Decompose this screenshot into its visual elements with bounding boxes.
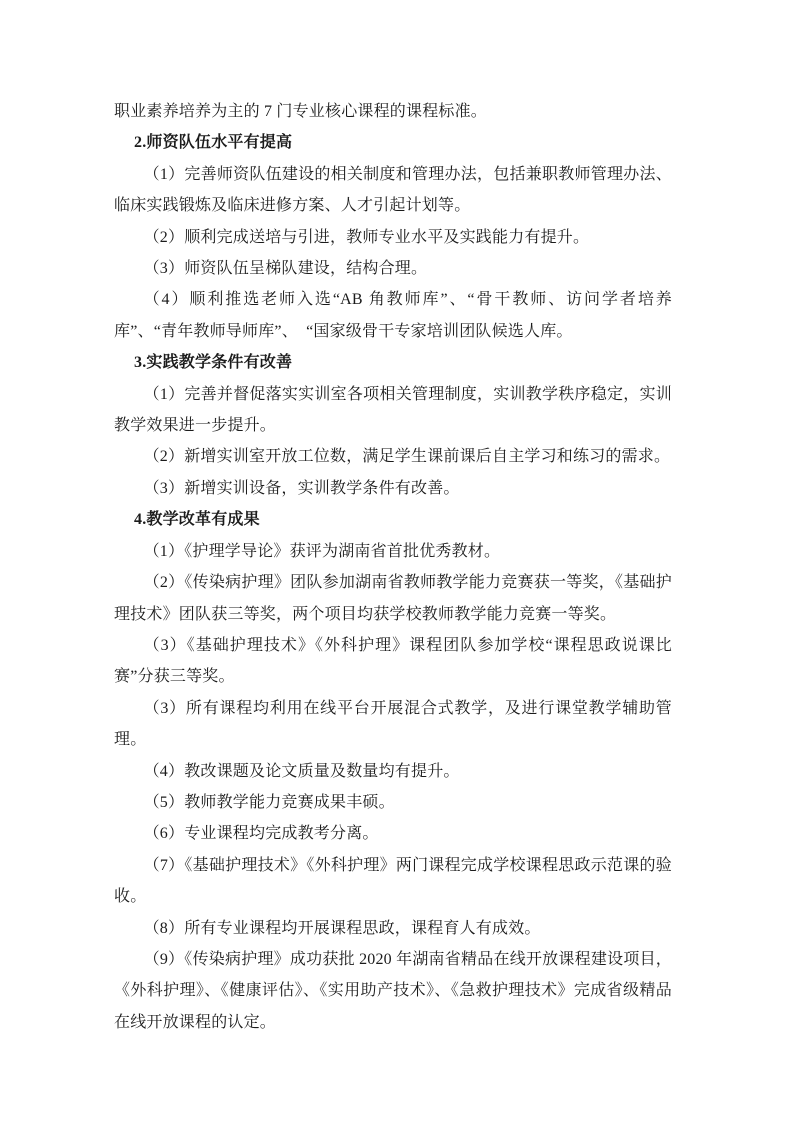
section-4-item-9: （9）《传染病护理》成功获批 2020 年湖南省精品在线开放课程建设项目，《外科…: [114, 944, 672, 1038]
document-page: 职业素养培养为主的 7 门专业核心课程的课程标准。 2.师资队伍水平有提高 （1…: [0, 0, 793, 1122]
section-4-item-2: （2）《传染病护理》团队参加湖南省教师教学能力竞赛获一等奖，《基础护理技术》团队…: [114, 567, 672, 630]
continued-paragraph: 职业素养培养为主的 7 门专业核心课程的课程标准。: [114, 96, 672, 127]
section-2-item-3: （3）师资队伍呈梯队建设，结构合理。: [114, 253, 672, 284]
section-4-heading: 4.教学改革有成果: [114, 504, 672, 535]
section-3-item-2: （2）新增实训室开放工位数，满足学生课前课后自主学习和练习的需求。: [114, 441, 672, 472]
section-3-item-3: （3）新增实训设备，实训教学条件有改善。: [114, 473, 672, 504]
section-2-heading: 2.师资队伍水平有提高: [114, 127, 672, 158]
section-4-item-4: （4）教改课题及论文质量及数量均有提升。: [114, 756, 672, 787]
section-2-item-2: （2）顺利完成送培与引进，教师专业水平及实践能力有提升。: [114, 222, 672, 253]
section-3-item-1: （1）完善并督促落实实训室各项相关管理制度，实训教学秩序稳定，实训教学效果进一步…: [114, 379, 672, 442]
section-4-item-3b: （3）所有课程均利用在线平台开展混合式教学，及进行课堂教学辅助管理。: [114, 693, 672, 756]
section-2-item-1: （1）完善师资队伍建设的相关制度和管理办法，包括兼职教师管理办法、临床实践锻炼及…: [114, 159, 672, 222]
section-4-item-8: （8）所有专业课程均开展课程思政，课程育人有成效。: [114, 913, 672, 944]
document-content: 职业素养培养为主的 7 门专业核心课程的课程标准。 2.师资队伍水平有提高 （1…: [114, 96, 672, 1038]
section-2-item-4: （4）顺利推选老师入选“AB 角教师库”、“骨干教师、访问学者培养库”、“青年教…: [114, 284, 672, 347]
section-4-item-1: （1）《护理学导论》获评为湖南省首批优秀教材。: [114, 536, 672, 567]
section-3-heading: 3.实践教学条件有改善: [114, 347, 672, 378]
section-4-item-5: （5）教师教学能力竞赛成果丰硕。: [114, 787, 672, 818]
section-4-item-3a: （3）《基础护理技术》《外科护理》课程团队参加学校“课程思政说课比赛”分获三等奖…: [114, 630, 672, 693]
section-4-item-7: （7）《基础护理技术》《外科护理》两门课程完成学校课程思政示范课的验收。: [114, 850, 672, 913]
section-4-item-6: （6）专业课程均完成教考分离。: [114, 818, 672, 849]
